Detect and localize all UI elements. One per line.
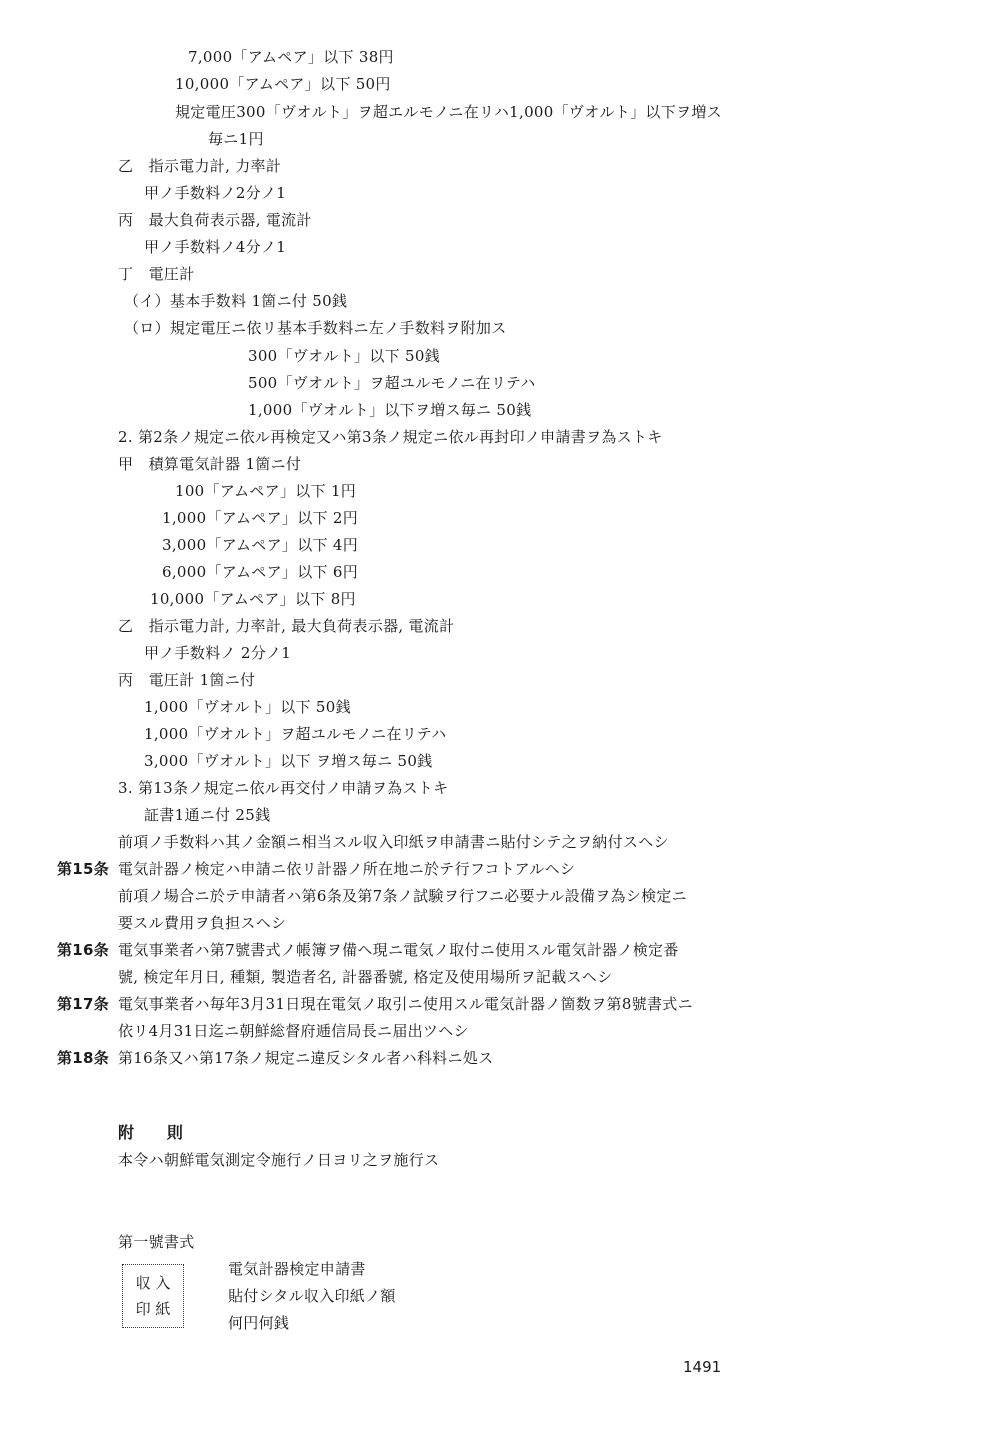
text-line: 10,000「アムペア」以下 8円 [150, 589, 356, 609]
form-line-2: 貼付シタル収入印紙ノ額 [228, 1286, 396, 1306]
text-line: 甲ノ手数料ノ 2分ノ1 [144, 643, 291, 663]
text-line: 3,000「アムペア」以下 4円 [162, 535, 358, 555]
text-line: 規定電圧300「ヴオルト」ヲ超エルモノニ在リハ1,000「ヴオルト」以下ヲ増ス [175, 102, 722, 122]
supplementary-text: 本令ハ朝鮮電気測定令施行ノ日ヨリ之ヲ施行ス [118, 1150, 439, 1170]
text-line: （イ）基本手数料 1箇ニ付 50銭 [124, 291, 347, 311]
text-line: 乙 指示電力計, 力率計 [118, 156, 281, 176]
text-line: 電気計器ノ検定ハ申請ニ依リ計器ノ所在地ニ於テ行フコトアルヘシ [118, 859, 575, 879]
text-line: 100「アムペア」以下 1円 [175, 481, 356, 501]
text-line: 7,000「アムペア」以下 38円 [188, 47, 394, 67]
article-18-label: 第18条 [57, 1048, 109, 1068]
text-line: 1,000「ヴオルト」ヲ超ユルモノニ在リテハ [144, 724, 446, 744]
text-line: 6,000「アムペア」以下 6円 [162, 562, 358, 582]
form-line-1: 電気計器検定申請書 [228, 1259, 366, 1279]
text-line: 1,000「ヴオルト」以下 50銭 [144, 697, 351, 717]
text-line: 丙 最大負荷表示器, 電流計 [118, 210, 312, 230]
article-17-label: 第17条 [57, 994, 109, 1014]
stamp-label-2: 印 紙 [136, 1296, 171, 1322]
text-line: 前項ノ場合ニ於テ申請者ハ第6条及第7条ノ試験ヲ行フニ必要ナル設備ヲ為シ検定ニ [118, 886, 687, 906]
revenue-stamp-box: 収 入 印 紙 [122, 1264, 184, 1328]
text-line: 500「ヴオルト」ヲ超ユルモノニ在リテハ [248, 373, 536, 393]
text-line: 號, 検定年月日, 種類, 製造者名, 計器番號, 格定及使用場所ヲ記載スヘシ [118, 967, 612, 987]
text-line: 依リ4月31日迄ニ朝鮮総督府逓信局長ニ届出ツヘシ [118, 1021, 469, 1041]
text-line: 丙 電圧計 1箇ニ付 [118, 670, 255, 690]
form-title: 第一號書式 [118, 1232, 195, 1252]
form-line-3: 何円何銭 [228, 1313, 289, 1333]
article-15-label: 第15条 [57, 859, 109, 879]
text-line: 証書1通ニ付 25銭 [144, 805, 270, 825]
text-line: 電気事業者ハ毎年3月31日現在電気ノ取引ニ使用スル電気計器ノ箇数ヲ第8號書式ニ [118, 994, 693, 1014]
text-line: 毎ニ1円 [208, 129, 264, 149]
text-line: 2. 第2条ノ規定ニ依ル再検定又ハ第3条ノ規定ニ依ル再封印ノ申請書ヲ為ストキ [118, 427, 663, 447]
text-line: 10,000「アムペア」以下 50円 [175, 74, 391, 94]
text-line: 3,000「ヴオルト」以下 ヲ増ス毎ニ 50銭 [144, 751, 432, 771]
article-16-label: 第16条 [57, 940, 109, 960]
text-line: 甲ノ手数料ノ2分ノ1 [144, 183, 286, 203]
text-line: 甲 積算電気計器 1箇ニ付 [118, 454, 301, 474]
text-line: 電気事業者ハ第7號書式ノ帳簿ヲ備ヘ現ニ電気ノ取付ニ使用スル電気計器ノ検定番 [118, 940, 679, 960]
supplementary-heading: 附 則 [118, 1123, 183, 1143]
text-line: 3. 第13条ノ規定ニ依ル再交付ノ申請ヲ為ストキ [118, 778, 448, 798]
text-line: 前項ノ手数料ハ其ノ金額ニ相当スル収入印紙ヲ申請書ニ貼付シテ之ヲ納付スヘシ [118, 832, 669, 852]
stamp-label-1: 収 入 [136, 1270, 171, 1296]
text-line: （ロ）規定電圧ニ依リ基本手数料ニ左ノ手数料ヲ附加ス [124, 318, 507, 338]
text-line: 丁 電圧計 [118, 264, 195, 284]
text-line: 1,000「アムペア」以下 2円 [162, 508, 358, 528]
text-line: 乙 指示電力計, 力率計, 最大負荷表示器, 電流計 [118, 616, 454, 636]
page-number: 1491 [683, 1358, 721, 1376]
text-line: 第16条又ハ第17条ノ規定ニ違反シタル者ハ科料ニ処ス [118, 1048, 493, 1068]
text-line: 1,000「ヴオルト」以下ヲ増ス毎ニ 50銭 [248, 400, 531, 420]
text-line: 甲ノ手数料ノ4分ノ1 [144, 237, 286, 257]
text-line: 要スル費用ヲ負担スヘシ [118, 913, 286, 933]
text-line: 300「ヴオルト」以下 50銭 [248, 346, 440, 366]
